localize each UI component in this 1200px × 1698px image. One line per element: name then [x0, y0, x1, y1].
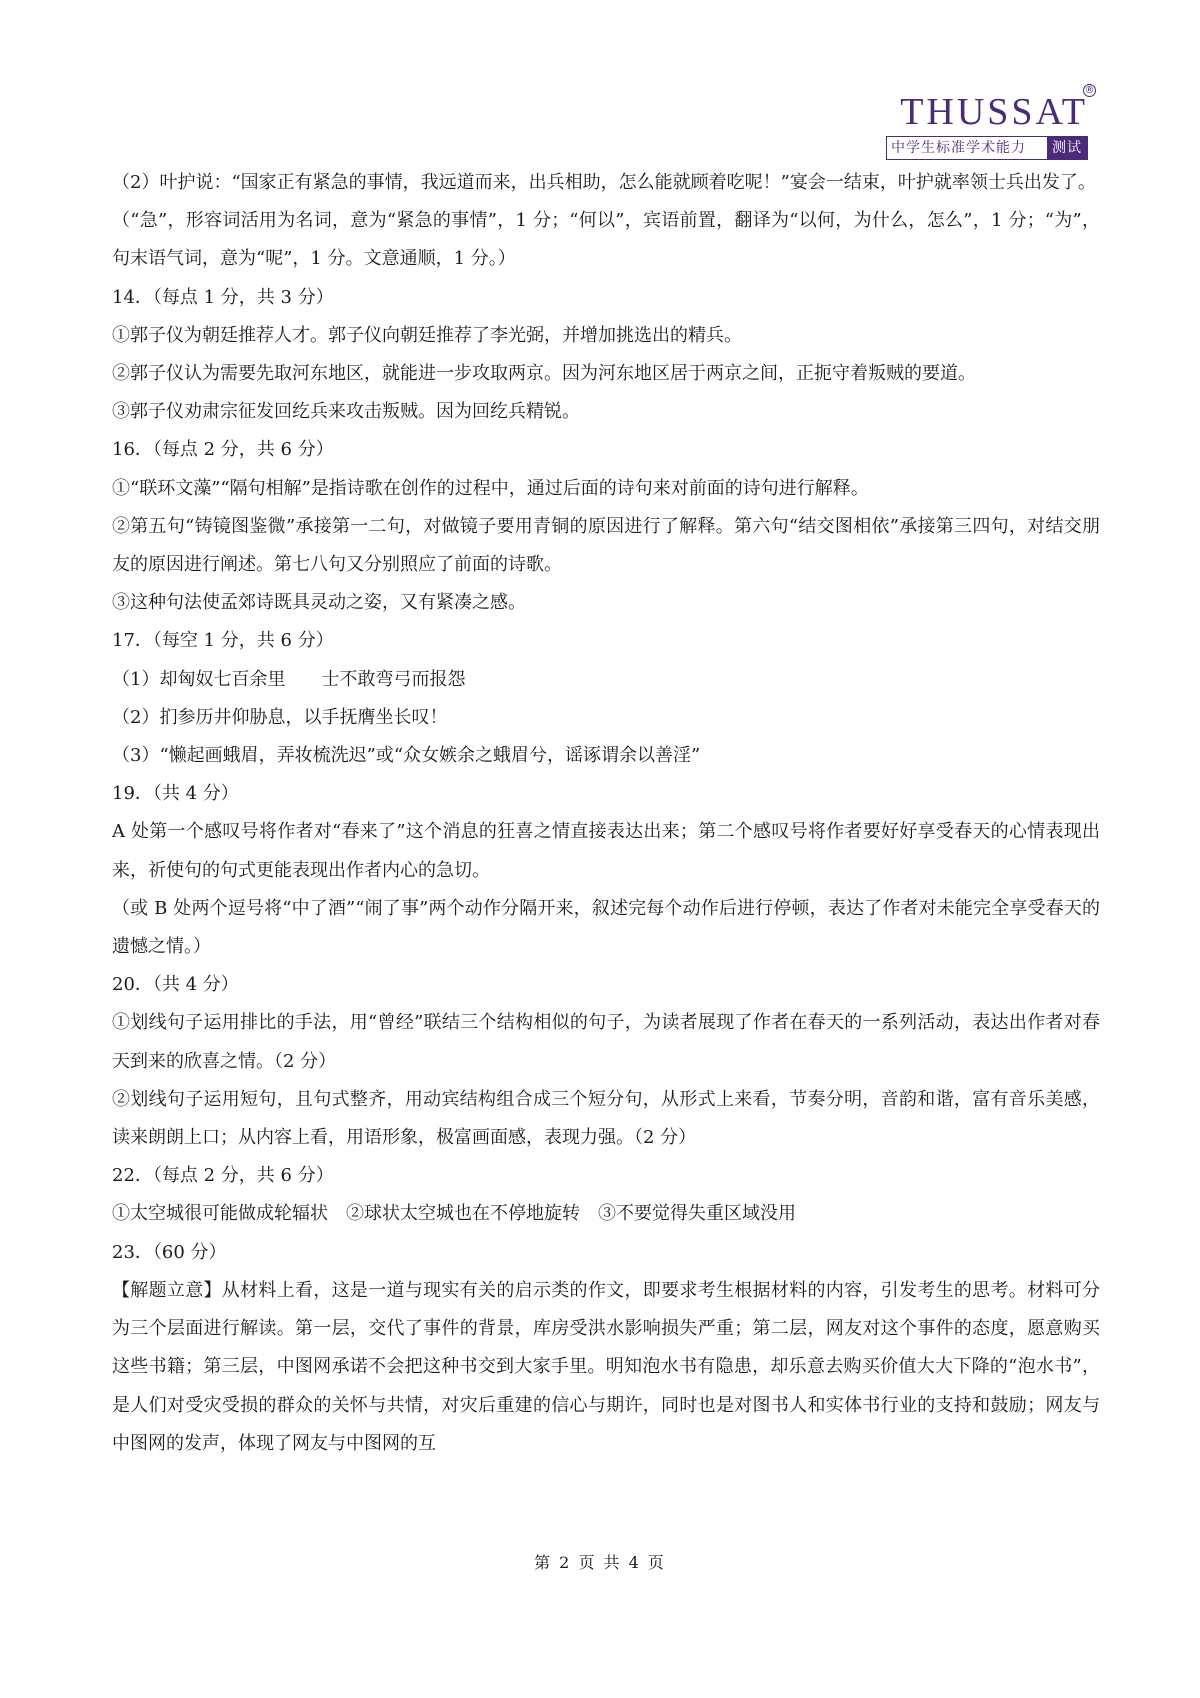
q20-item: ②划线句子运用短句，且句式整齐，用动宾结构组合成三个短分句，从形式上来看，节奏分… [112, 1081, 1100, 1157]
q22-header: 22．（每点 2 分，共 6 分） [112, 1157, 1100, 1195]
q17-header: 17．（每空 1 分，共 6 分） [112, 622, 1100, 660]
q16-item: ③这种句法使孟郊诗既具灵动之姿，又有紧凑之感。 [112, 584, 1100, 622]
q22-answer: ①太空城很可能做成轮辐状 ②球状太空城也在不停地旋转 ③不要觉得失重区域没用 [112, 1195, 1100, 1233]
q23-header: 23．（60 分） [112, 1234, 1100, 1272]
q19-header: 19．（共 4 分） [112, 775, 1100, 813]
q19-alt-answer: （或 B 处两个逗号将“中了酒”“闹了事”两个动作分隔开来，叙述完每个动作后进行… [112, 890, 1100, 966]
q19-answer: A 处第一个感叹号将作者对“春来了”这个消息的狂喜之情直接表达出来；第二个感叹号… [112, 813, 1100, 889]
q17-item: （2）扪参历井仰胁息，以手抚膺坐长叹！ [112, 699, 1100, 737]
q23-answer: 【解题立意】从材料上看，这是一道与现实有关的启示类的作文，即要求考生根据材料的内… [112, 1272, 1100, 1463]
q20-item: ①划线句子运用排比的手法，用“曾经”联结三个结构相似的句子，为读者展现了作者在春… [112, 1004, 1100, 1080]
q17-item: （3）“懒起画蛾眉，弄妆梳洗迟”或“众女嫉余之蛾眉兮，谣诼谓余以善淫” [112, 737, 1100, 775]
q16-header: 16．（每点 2 分，共 6 分） [112, 431, 1100, 469]
logo-wordmark: THUSSAT [880, 92, 1096, 132]
registered-trademark-icon: ® [1083, 84, 1096, 97]
q20-header: 20．（共 4 分） [112, 966, 1100, 1004]
q14-item: ②郭子仪认为需要先取河东地区，就能进一步攻取两京。因为河东地区居于两京之间，正扼… [112, 355, 1100, 393]
logo-subtitle-left: 中学生标准学术能力 [887, 137, 1047, 159]
logo-subtitle-right: 测试 [1047, 137, 1087, 159]
q16-item: ①“联环文藻”“隔句相解”是指诗歌在创作的过程中，通过后面的诗句来对前面的诗句进… [112, 470, 1100, 508]
q13-2-note: （“急”，形容词活用为名词，意为“紧急的事情”，1 分；“何以”，宾语前置，翻译… [112, 202, 1100, 278]
q16-item: ②第五句“铸镜图鉴微”承接第一二句，对做镜子要用青铜的原因进行了解释。第六句“结… [112, 508, 1100, 584]
answer-content: （2）叶护说：“国家正有紧急的事情，我远道而来，出兵相助，怎么能就顾着吃呢！”宴… [112, 164, 1100, 1463]
thussat-logo: THUSSAT ® 中学生标准学术能力 测试 [880, 92, 1096, 160]
q14-item: ①郭子仪为朝廷推荐人才。郭子仪向朝廷推荐了李光弼，并增加挑选出的精兵。 [112, 317, 1100, 355]
page-number: 第 2 页 共 4 页 [0, 1550, 1200, 1573]
q17-item: （1）却匈奴七百余里 士不敢弯弓而报怨 [112, 661, 1100, 699]
logo-subtitle: 中学生标准学术能力 测试 [886, 136, 1088, 160]
q14-item: ③郭子仪劝肃宗征发回纥兵来攻击叛贼。因为回纥兵精锐。 [112, 393, 1100, 431]
q13-2-answer: （2）叶护说：“国家正有紧急的事情，我远道而来，出兵相助，怎么能就顾着吃呢！”宴… [112, 164, 1100, 202]
q14-header: 14．（每点 1 分，共 3 分） [112, 279, 1100, 317]
